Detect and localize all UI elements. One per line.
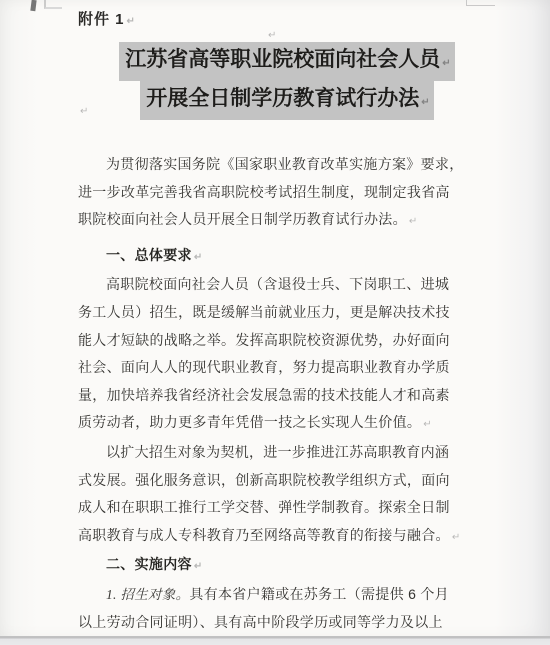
document-title-line2: 开展全日制学历教育试行办法↵ (12, 81, 550, 120)
paragraph-intro-text: 为贯彻落实国务院《国家职业教育改革实施方案》要求， 进一步改革完善我省高职院校考… (78, 156, 464, 227)
paragraph-return-mark: ↵ (194, 561, 202, 572)
heading-overall-requirements: 一、总体要求↵ (78, 242, 456, 272)
paragraph-intro: 为贯彻落实国务院《国家职业教育改革实施方案》要求， 进一步改革完善我省高职院校考… (78, 151, 456, 236)
paragraph-return-mark: ↵ (409, 216, 417, 227)
empty-line-return-mark: ↵ (268, 30, 276, 41)
crop-mark-top-right (466, 0, 495, 6)
document-body: 为贯彻落实国务院《国家职业教育改革实施方案》要求， 进一步改革完善我省高职院校考… (78, 151, 456, 636)
crop-mark-top-left (44, 0, 62, 9)
heading-implementation: 二、实施内容↵ (78, 551, 456, 581)
heading-2-text: 二、实施内容 (106, 556, 192, 572)
title-line2-text: 开展全日制学历教育试行办法 (146, 86, 419, 110)
paragraph-4-lead-text: 1. 招生对象。 (106, 587, 189, 602)
paragraph-return-mark: ↵ (452, 532, 460, 543)
document-title-line1: 江苏省高等职业院校面向社会人员↵ (12, 42, 550, 81)
paragraph-enrollment-targets: 1. 招生对象。具有本省户籍或在苏务工（需提供 6 个月 以上劳动合同证明）、具… (78, 581, 456, 636)
photo-bottom-edge (0, 636, 550, 645)
page-corner-tick-mark (30, 0, 36, 11)
paragraph-development: 以扩大招生对象为契机，进一步推进江苏高职教育内涵 式发展。强化服务意识，创新高职… (78, 439, 456, 551)
line-return-mark: ↵ (421, 97, 429, 108)
document-title: 江苏省高等职业院校面向社会人员↵ 开展全日制学历教育试行办法↵ (12, 42, 550, 120)
paragraph-return-mark: ↵ (194, 252, 202, 263)
paragraph-enrollment-strategy: 高职院校面向社会人员（含退役士兵、下岗职工、进城 务工人员）招生，既是缓解当前就… (78, 271, 456, 439)
attachment-label-text: 附件 1 (78, 11, 125, 28)
document-page: 附件 1↵ ↵ 江苏省高等职业院校面向社会人员↵ 开展全日制学历教育试行办法↵ … (0, 0, 550, 645)
paragraph-2-text: 高职院校面向社会人员（含退役士兵、下岗职工、进城 务工人员）招生，既是缓解当前就… (78, 276, 450, 430)
heading-1-text: 一、总体要求 (106, 247, 192, 263)
paragraph-return-mark: ↵ (127, 16, 135, 27)
paragraph-return-mark: ↵ (423, 419, 431, 430)
attachment-label: 附件 1↵ (78, 8, 135, 29)
line-return-mark: ↵ (442, 58, 450, 69)
empty-line-return-mark: ↵ (80, 106, 88, 117)
title-line1-text: 江苏省高等职业院校面向社会人员 (125, 47, 440, 71)
paragraph-3-text: 以扩大招生对象为契机，进一步推进江苏高职教育内涵 式发展。强化服务意识，创新高职… (78, 444, 450, 543)
